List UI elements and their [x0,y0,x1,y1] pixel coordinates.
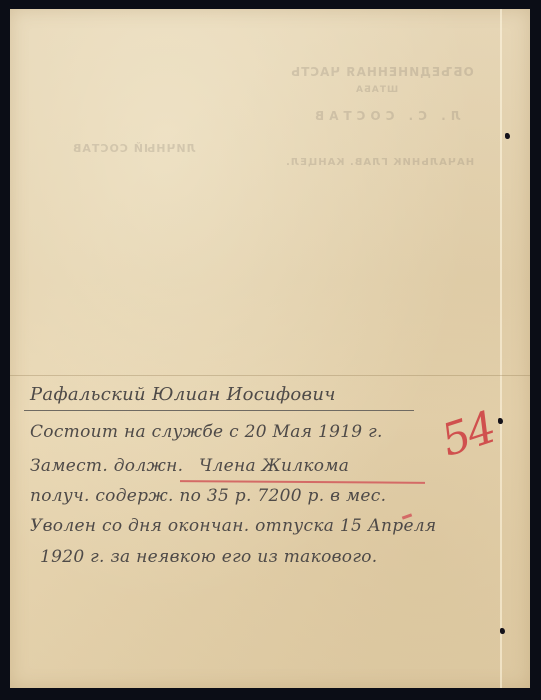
handwritten-position: Члена Жилкома [199,456,349,476]
document-page: ОБЪЕДИНЕННАЯ ЧАСТЬ ШТАБА Л. С. СОСТАВ НА… [10,9,530,688]
name-underline [24,410,414,411]
red-pencil-underline [180,480,425,484]
bleed-through-text: Л. С. СОСТАВ [310,109,461,123]
horizontal-fold-line [10,375,530,376]
handwritten-text: Замест. должн. [30,456,183,476]
pin-hole [500,628,505,634]
bleed-through-text: ОБЪЕДИНЕННАЯ ЧАСТЬ [290,65,474,79]
bleed-through-text: НАЧАЛЬНИК ГЛАВ. КАНЦЕЛ. [285,157,474,168]
handwritten-line: Уволен со дня окончан. отпуска 15 Апреля [30,516,437,536]
red-pencil-annotation: 54 [435,402,500,467]
pin-hole [498,418,503,424]
handwritten-line: Состоит на службе с 20 Мая 1919 г. [30,422,383,442]
handwritten-line: Замест. должн. Члена Жилкома [30,456,349,476]
bleed-through-text: ЛИЧНЫЙ СОСТАВ [72,142,196,155]
handwritten-line: 1920 г. за неявкою его из такового. [40,547,377,567]
pin-hole [505,133,510,139]
bleed-through-text: ШТАБА [355,85,398,95]
vertical-margin-line [500,9,502,688]
handwritten-line: получ. содерж. по 35 р. 7200 р. в мес. [30,486,386,506]
handwritten-name: Рафальский Юлиан Иосифович [30,384,336,405]
perforated-edge [526,9,534,688]
